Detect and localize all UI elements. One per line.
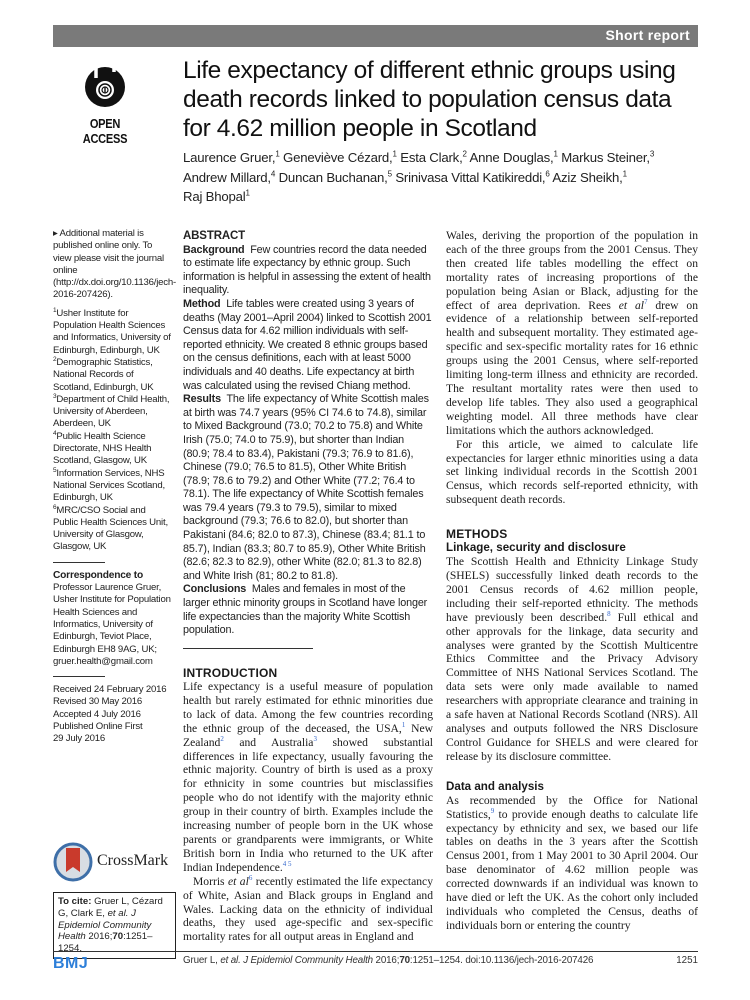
received-date: Received 24 February 2016	[53, 684, 171, 696]
linkage-subheading: Linkage, security and disclosure	[446, 541, 698, 555]
author[interactable]: Esta Clark,2	[400, 150, 467, 165]
abstract-heading: ABSTRACT	[183, 230, 433, 244]
introduction-section: INTRODUCTION Life expectancy is a useful…	[183, 666, 433, 944]
citation-box: To cite: Gruer L, Cézard G, Clark E, et …	[53, 892, 176, 959]
author[interactable]: Srinivasa Vittal Katikireddi,6	[395, 170, 549, 185]
abstract-divider	[183, 648, 313, 649]
footer-citation: Gruer L, et al. J Epidemiol Community He…	[183, 955, 593, 966]
open-access-lock-icon	[84, 56, 126, 108]
title-line-1: Life expectancy of different ethnic grou…	[183, 57, 675, 84]
open-access-logo: OPEN ACCESS	[65, 56, 145, 146]
divider	[53, 562, 105, 563]
abstract-method: Method Life tables were created using 3 …	[183, 298, 433, 393]
affiliation: 6MRC/CSO Social and Public Health Scienc…	[53, 505, 171, 554]
affiliation: 3Department of Child Health, University …	[53, 394, 171, 431]
author[interactable]: Raj Bhopal1	[183, 189, 250, 204]
affiliation: 5Information Services, NHS National Serv…	[53, 468, 171, 505]
additional-material-note[interactable]: ▸ Additional material is published onlin…	[53, 228, 171, 302]
footer-divider	[53, 951, 698, 952]
divider	[53, 676, 105, 677]
right-column: Wales, deriving the proportion of the po…	[446, 229, 698, 933]
affiliation: 4Public Health Science Directorate, NHS …	[53, 431, 171, 468]
title-line-3: for 4.62 million people in Scotland	[183, 115, 537, 142]
correspondence-heading: Correspondence to	[53, 570, 171, 582]
methods-heading: METHODS	[446, 527, 698, 541]
affiliation: 1Usher Institute for Population Health S…	[53, 308, 171, 357]
published-date: 29 July 2016	[53, 733, 171, 745]
paragraph: Life expectancy is a useful measure of p…	[183, 680, 433, 875]
paragraph: As recommended by the Office for Nationa…	[446, 794, 698, 933]
title-line-2: death records linked to population censu…	[183, 86, 671, 113]
bmj-logo[interactable]: BMJ	[53, 955, 88, 973]
author[interactable]: Laurence Gruer,1	[183, 150, 280, 165]
crossmark-icon	[53, 842, 93, 882]
open-access-label: OPEN ACCESS	[71, 116, 139, 146]
author-list: Laurence Gruer,1 Geneviève Cézard,1 Esta…	[183, 148, 703, 207]
author[interactable]: Duncan Buchanan,5	[279, 170, 392, 185]
article-dates: Received 24 February 2016 Revised 30 May…	[53, 684, 171, 745]
abstract-results: Results The life expectancy of White Sco…	[183, 393, 433, 583]
author[interactable]: Markus Steiner,3	[561, 150, 654, 165]
page-number: 1251	[676, 955, 698, 966]
accepted-date: Accepted 4 July 2016	[53, 709, 171, 721]
correspondence-email[interactable]: gruer.health@gmail.com	[53, 656, 171, 668]
paragraph: The Scottish Health and Ethnicity Linkag…	[446, 555, 698, 764]
author[interactable]: Andrew Millard,4	[183, 170, 275, 185]
paragraph: Wales, deriving the proportion of the po…	[446, 229, 698, 438]
author[interactable]: Anne Douglas,1	[470, 150, 558, 165]
abstract-background: Background Few countries record the data…	[183, 244, 433, 298]
article-type-bar: Short report	[53, 25, 698, 47]
abstract: ABSTRACT Background Few countries record…	[183, 230, 433, 638]
revised-date: Revised 30 May 2016	[53, 696, 171, 708]
affiliation: 2Demographic Statistics, National Record…	[53, 357, 171, 394]
crossmark-badge[interactable]: CrossMark	[53, 842, 173, 882]
correspondence-address: Professor Laurence Gruer, Usher Institut…	[53, 582, 171, 656]
crossmark-label: CrossMark	[97, 852, 168, 870]
data-analysis-subheading: Data and analysis	[446, 780, 698, 794]
paragraph: Morris et al6 recently estimated the lif…	[183, 875, 433, 945]
article-type-label: Short report	[606, 27, 691, 43]
abstract-conclusions: Conclusions Males and females in most of…	[183, 583, 433, 637]
author[interactable]: Geneviève Cézard,1	[283, 150, 397, 165]
introduction-heading: INTRODUCTION	[183, 666, 433, 680]
affiliations: 1Usher Institute for Population Health S…	[53, 308, 171, 554]
article-title: Life expectancy of different ethnic grou…	[183, 56, 683, 143]
sidebar: ▸ Additional material is published onlin…	[53, 228, 171, 746]
published-label: Published Online First	[53, 721, 171, 733]
paragraph: For this article, we aimed to calculate …	[446, 438, 698, 508]
author[interactable]: Aziz Sheikh,1	[552, 170, 626, 185]
citation-label: To cite:	[58, 896, 91, 907]
reference-link[interactable]: 4 5	[283, 860, 292, 868]
